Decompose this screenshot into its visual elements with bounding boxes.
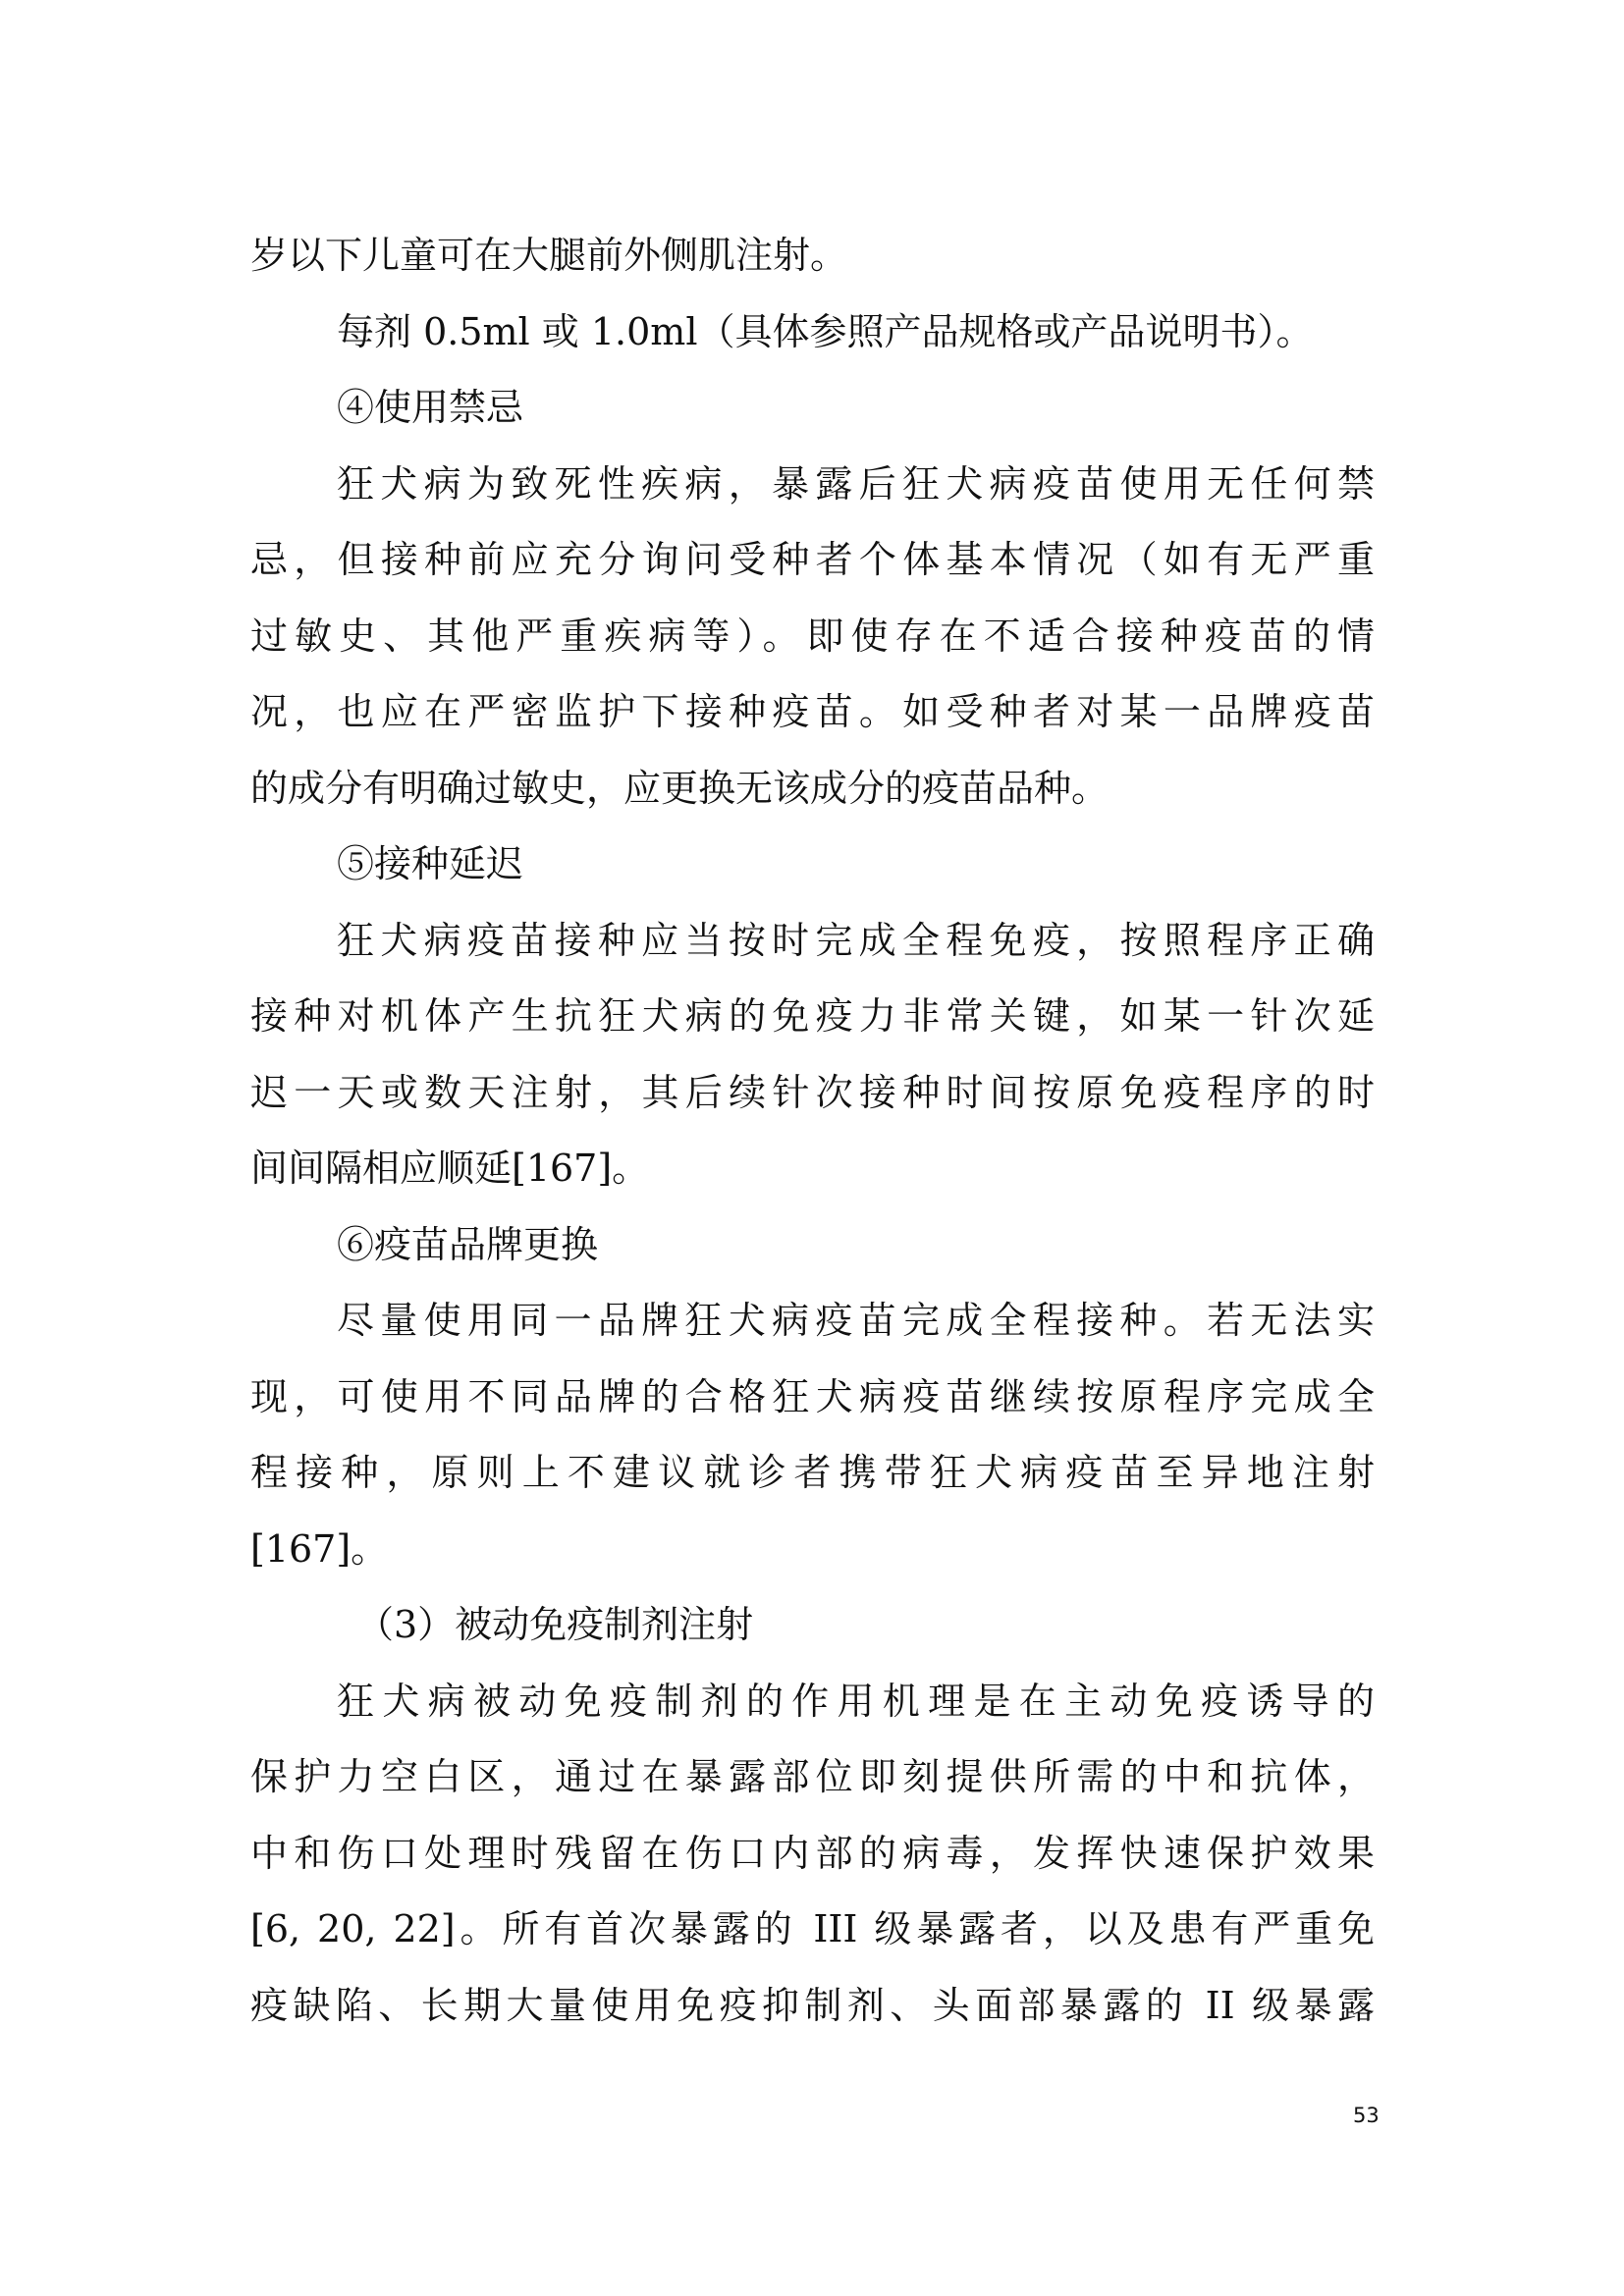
- text-line: 迟一天或数天注射，其后续针次接种时间按原免疫程序的时: [250, 1055, 1375, 1132]
- text-line: 狂犬病为致死性疾病，暴露后狂犬病疫苗使用无任何禁: [250, 447, 1375, 523]
- subheading-delay: ⑤接种延迟: [250, 827, 1375, 903]
- text-line: 中和伤口处理时残留在伤口内部的病毒，发挥快速保护效果: [250, 1816, 1375, 1893]
- text-line: 每剂 0.5ml 或 1.0ml（具体参照产品规格或产品说明书）。: [250, 294, 1375, 371]
- text-line: [6, 20, 22]。所有首次暴露的 III 级暴露者，以及患有严重免: [250, 1892, 1375, 1968]
- text-line: 过敏史、其他严重疾病等）。即使存在不适合接种疫苗的情: [250, 599, 1375, 675]
- section-heading-passive-immunization: （3）被动免疫制剂注射: [250, 1587, 1375, 1664]
- text-line: 狂犬病疫苗接种应当按时完成全程免疫，按照程序正确: [250, 903, 1375, 980]
- text-line: [167]。: [250, 1512, 1375, 1588]
- page-number: 53: [1353, 2104, 1380, 2127]
- text-line: 的成分有明确过敏史，应更换无该成分的疫苗品种。: [250, 751, 1375, 828]
- text-line: 尽量使用同一品牌狂犬病疫苗完成全程接种。若无法实: [250, 1283, 1375, 1360]
- text-line: 保护力空白区，通过在暴露部位即刻提供所需的中和抗体，: [250, 1739, 1375, 1816]
- text-line: 接种对机体产生抗狂犬病的免疫力非常关键，如某一针次延: [250, 979, 1375, 1055]
- text-line: 狂犬病被动免疫制剂的作用机理是在主动免疫诱导的: [250, 1664, 1375, 1740]
- text-line: 程接种，原则上不建议就诊者携带狂犬病疫苗至异地注射: [250, 1435, 1375, 1512]
- subheading-brand-change: ⑥疫苗品牌更换: [250, 1207, 1375, 1284]
- text-line: 忌，但接种前应充分询问受种者个体基本情况（如有无严重: [250, 522, 1375, 599]
- text-line: 疫缺陷、长期大量使用免疫抑制剂、头面部暴露的 II 级暴露: [250, 1968, 1375, 2045]
- text-line: 岁以下儿童可在大腿前外侧肌注射。: [250, 218, 1375, 294]
- body-text: 岁以下儿童可在大腿前外侧肌注射。 每剂 0.5ml 或 1.0ml（具体参照产品…: [250, 218, 1375, 2044]
- text-line: 间间隔相应顺延[167]。: [250, 1131, 1375, 1207]
- text-line: 况，也应在严密监护下接种疫苗。如受种者对某一品牌疫苗: [250, 674, 1375, 751]
- document-page: 岁以下儿童可在大腿前外侧肌注射。 每剂 0.5ml 或 1.0ml（具体参照产品…: [0, 0, 1624, 2296]
- text-line: 现，可使用不同品牌的合格狂犬病疫苗继续按原程序完成全: [250, 1360, 1375, 1436]
- subheading-contraindications: ④使用禁忌: [250, 370, 1375, 447]
